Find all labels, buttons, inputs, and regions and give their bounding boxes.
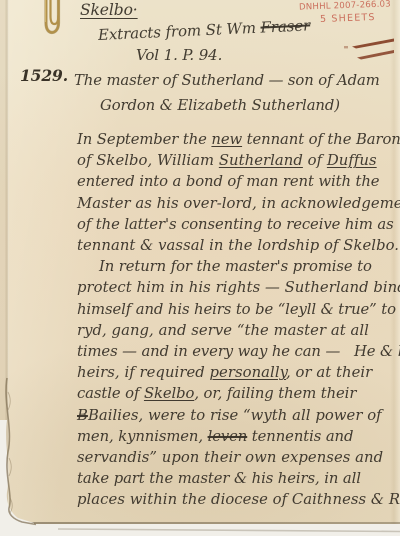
text-run: Sutherland bbox=[219, 152, 303, 169]
text-run: , or at their bbox=[286, 364, 372, 381]
manuscript-line: heirs, if required personally, or at the… bbox=[77, 362, 400, 383]
manuscript-line: servandis” upon their own expenses and bbox=[77, 447, 400, 468]
text-run: Master as his over-lord, in acknowledgem… bbox=[77, 195, 400, 212]
manuscript-line: BBailies, were to rise “wyth all power o… bbox=[77, 405, 400, 426]
text-run: leven bbox=[208, 428, 248, 445]
accession-number: DNHHL 2007-266.03 bbox=[299, 0, 391, 13]
text-run: Duffus bbox=[327, 152, 377, 169]
text-run: himself and his heirs to be “leyll & tru… bbox=[77, 301, 396, 318]
text-run: Fraser bbox=[260, 16, 310, 36]
manuscript-line: protect him in his rights — Sutherland b… bbox=[77, 277, 400, 298]
text-run: Extracts from St Wm bbox=[98, 19, 261, 44]
text-run: Skelbo bbox=[144, 385, 194, 402]
volume-reference: Vol 1. P. 94. bbox=[136, 46, 222, 64]
entry-number: 1529. bbox=[20, 66, 68, 85]
text-run: heirs, if required bbox=[77, 364, 210, 381]
text-run: times — and in every way he can — He & h… bbox=[77, 343, 400, 360]
manuscript-line: of the latter's consenting to receive hi… bbox=[77, 214, 400, 235]
photograph: Skelbo· DNHHL 2007-266.03 5 SHEETS Extra… bbox=[0, 0, 400, 536]
text-run: take part the master & his heirs, in all bbox=[77, 470, 361, 487]
entry-title: The master of Sutherland — son of AdamGo… bbox=[74, 69, 380, 118]
text-run: of bbox=[303, 152, 327, 169]
manuscript-line: places within the diocese of Caithness &… bbox=[77, 489, 400, 510]
manuscript-line: take part the master & his heirs, in all bbox=[77, 468, 400, 489]
text-run: The master of Sutherland — son of Adam bbox=[74, 72, 380, 89]
text-run: places within the diocese of Caithness &… bbox=[77, 491, 400, 508]
text-run: men, kynnismen, bbox=[77, 428, 208, 445]
page-title: Skelbo· bbox=[80, 1, 138, 19]
text-run: tennant of the Barony bbox=[242, 131, 400, 148]
text-run: castle of bbox=[77, 385, 144, 402]
text-run: entered into a bond of man rent with the bbox=[77, 173, 379, 190]
text-run: In return for the master's promise to bbox=[99, 258, 372, 275]
text-run: personally bbox=[210, 364, 287, 381]
text-run: tennant & vassal in the lordship of Skel… bbox=[77, 237, 399, 254]
text-run: , or, failing them their bbox=[194, 385, 356, 402]
manuscript-line: Gordon & Elizabeth Sutherland) bbox=[74, 94, 380, 119]
manuscript-line: In September the new tennant of the Baro… bbox=[77, 129, 400, 150]
manuscript-line: The master of Sutherland — son of Adam bbox=[74, 69, 380, 94]
manuscript-line: Master as his over-lord, in acknowledgem… bbox=[77, 193, 400, 214]
text-run: Gordon & Elizabeth Sutherland) bbox=[100, 97, 340, 114]
manuscript-line: entered into a bond of man rent with the bbox=[77, 171, 400, 192]
sheet-count: 5 SHEETS bbox=[320, 12, 376, 25]
text-run: of Skelbo, William bbox=[77, 152, 219, 169]
text-run: tennentis and bbox=[247, 428, 353, 445]
text-run: new bbox=[211, 131, 242, 148]
manuscript-line: men, kynnismen, leven tennentis and bbox=[77, 426, 400, 447]
manuscript-line: In return for the master's promise to bbox=[77, 256, 400, 277]
underlying-sheet-edge bbox=[58, 529, 400, 532]
manuscript-line: times — and in every way he can — He & h… bbox=[77, 341, 400, 362]
manuscript-line: himself and his heirs to be “leyll & tru… bbox=[77, 299, 400, 320]
text-run: of the latter's consenting to receive hi… bbox=[77, 216, 394, 233]
source-line: Extracts from St Wm Fraser bbox=[98, 16, 311, 44]
text-run: B bbox=[77, 407, 88, 424]
manuscript-line: castle of Skelbo, or, failing them their bbox=[77, 383, 400, 404]
manuscript-line: tennant & vassal in the lordship of Skel… bbox=[77, 235, 400, 256]
manuscript-line: of Skelbo, William Sutherland of Duffus bbox=[77, 150, 400, 171]
text-run: servandis” upon their own expenses and bbox=[77, 449, 383, 466]
paper-crease bbox=[5, 0, 9, 524]
text-run: Bailies, were to rise “wyth all power of bbox=[88, 407, 382, 424]
text-run: protect him in his rights — Sutherland b… bbox=[77, 279, 400, 296]
text-run: In September the bbox=[77, 131, 211, 148]
text-run: ryd, gang, and serve “the master at all bbox=[77, 322, 369, 339]
body-text: In September the new tennant of the Baro… bbox=[77, 129, 400, 511]
manuscript-page: Skelbo· DNHHL 2007-266.03 5 SHEETS Extra… bbox=[0, 0, 400, 524]
manuscript-line: ryd, gang, and serve “the master at all bbox=[77, 320, 400, 341]
